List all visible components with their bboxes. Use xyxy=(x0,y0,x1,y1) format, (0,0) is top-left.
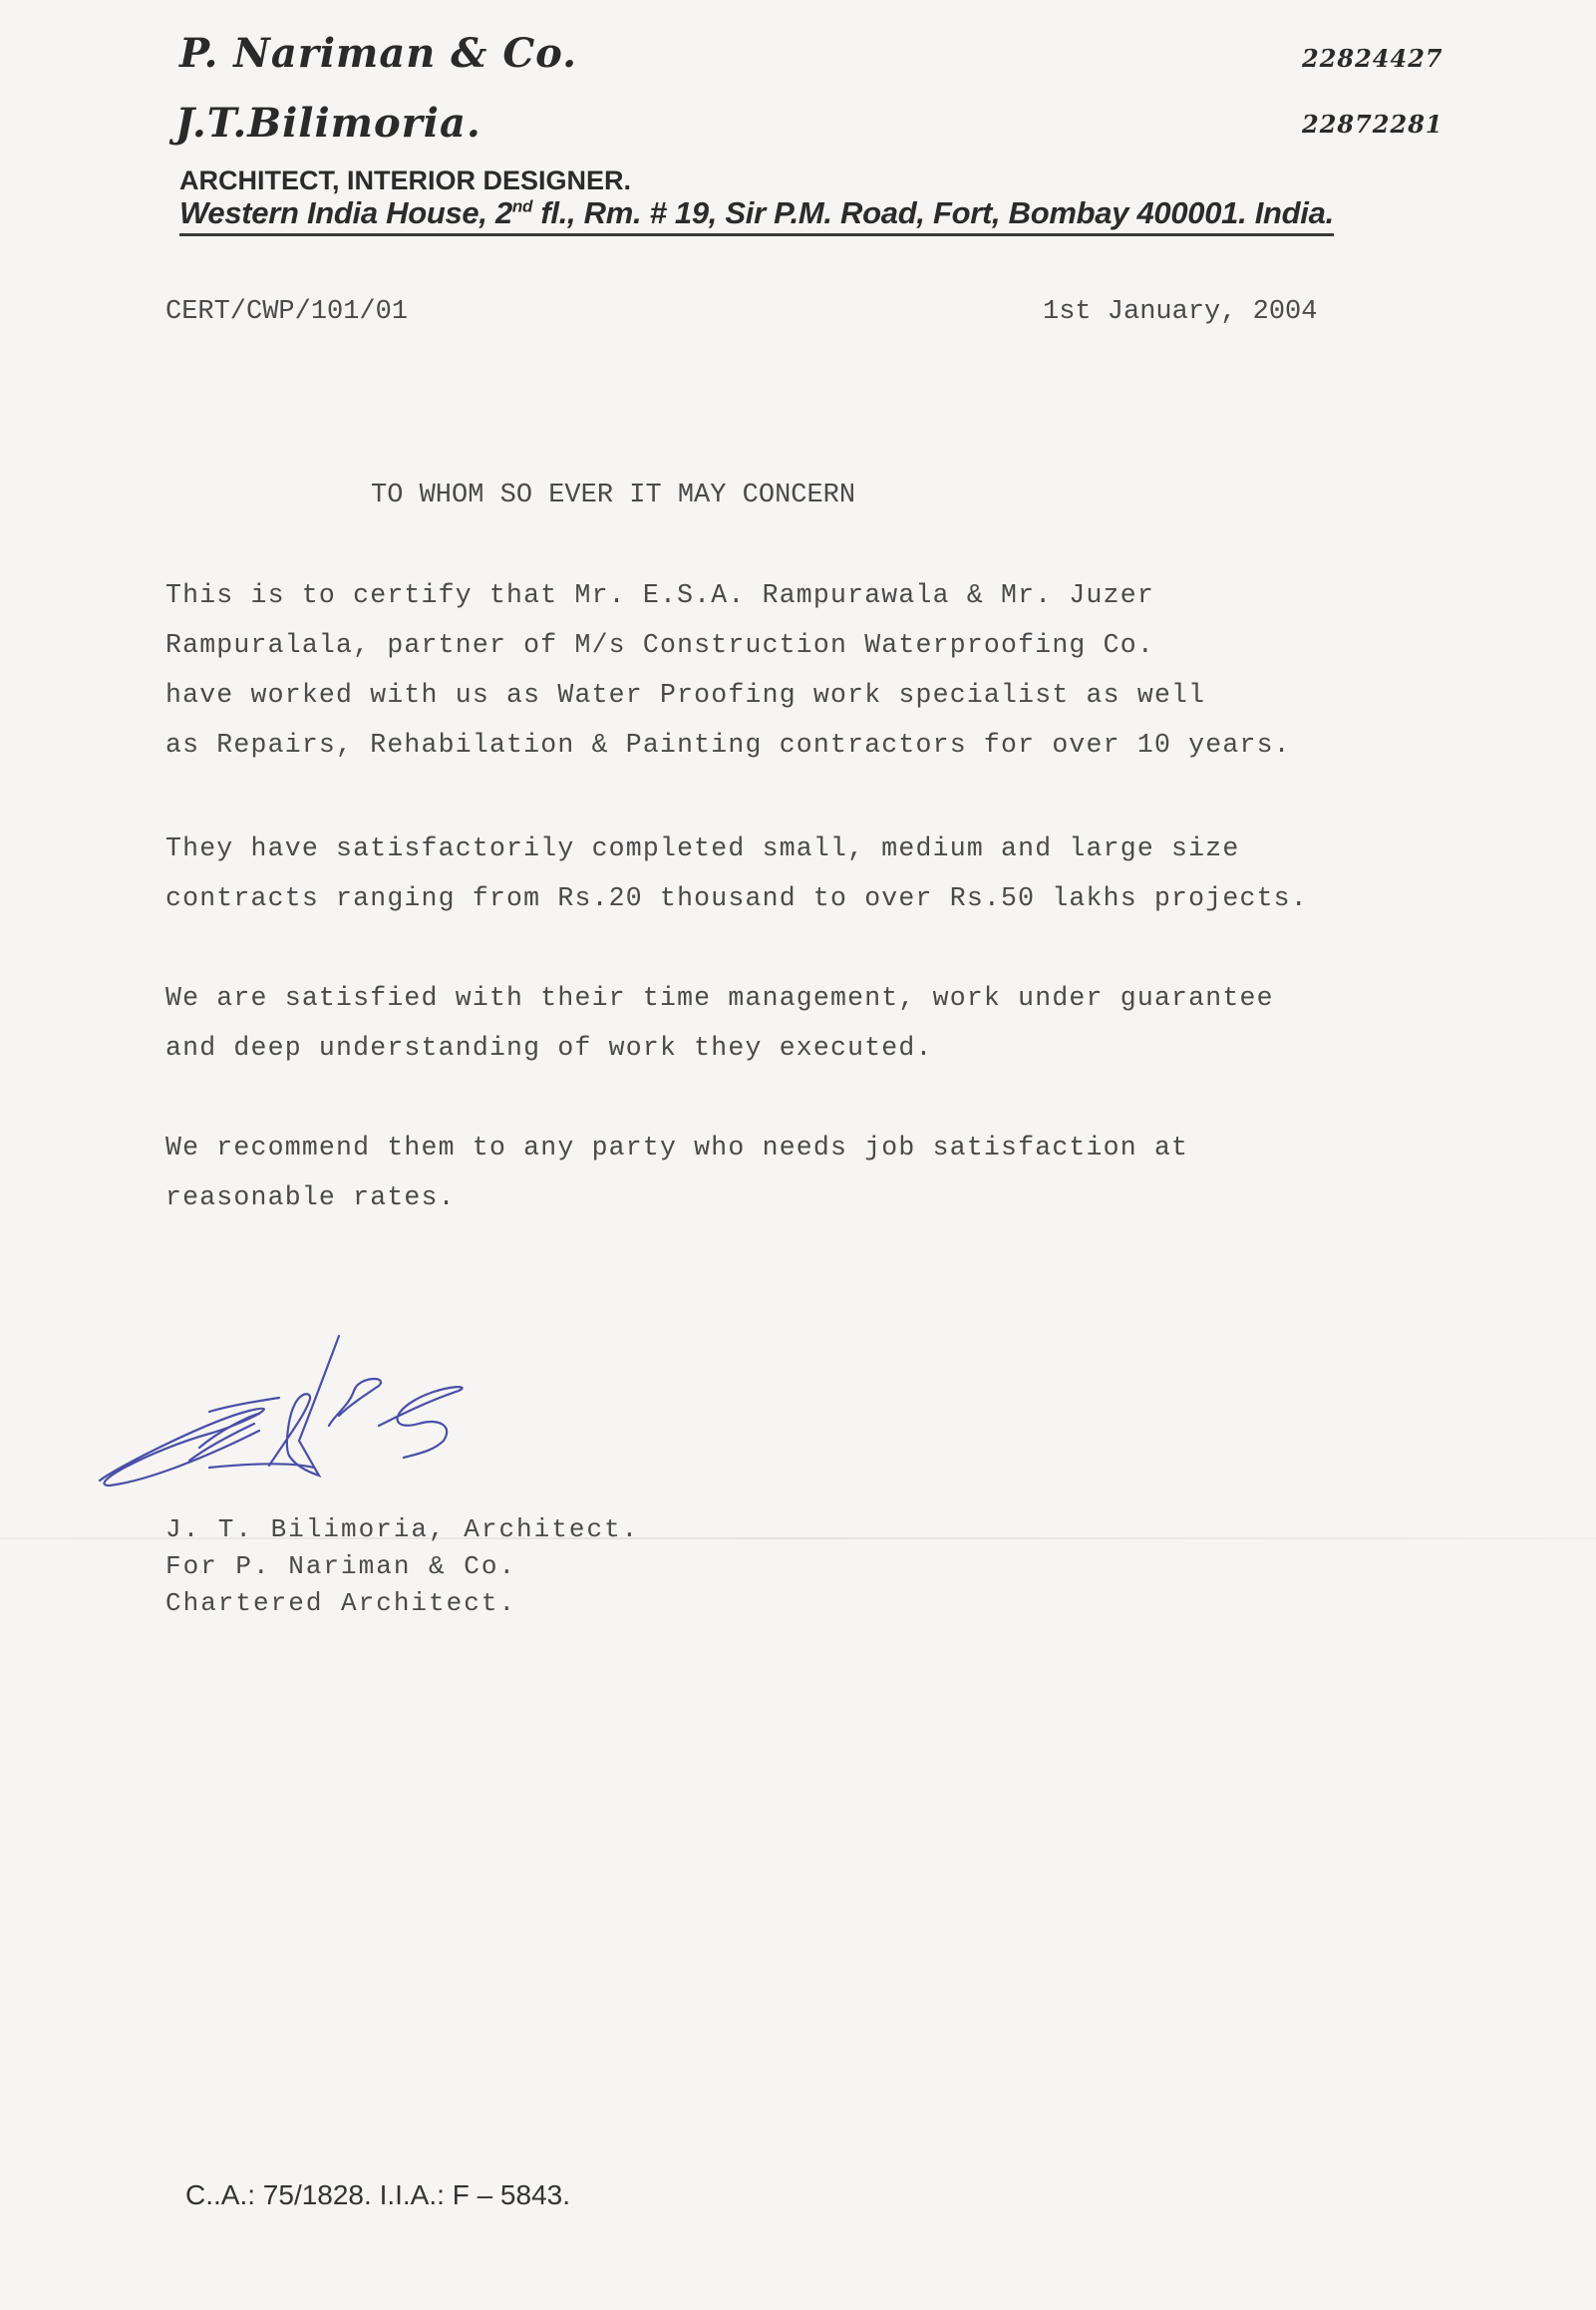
handwritten-signature xyxy=(90,1316,608,1495)
address-part: Western India House, 2 xyxy=(179,195,512,230)
address-part: fl., Rm. # 19, Sir P.M. Road, Fort, Bomb… xyxy=(532,195,1334,230)
firm-name: P. Nariman & Co. xyxy=(179,30,577,77)
body-paragraph: We are satisfied with their time managem… xyxy=(165,973,1274,1073)
signatory-block: J. T. Bilimoria, Architect. For P. Narim… xyxy=(165,1511,639,1622)
letter-date: 1st January, 2004 xyxy=(1043,297,1317,327)
registration-footer: C..A.: 75/1828. I.I.A.: F – 5843. xyxy=(185,2179,570,2211)
address-superscript: nd xyxy=(512,197,532,216)
letter-page: P. Nariman & Co. J.T.Bilimoria. 22824427… xyxy=(0,0,1596,2310)
body-paragraph: They have satisfactorily completed small… xyxy=(165,824,1308,923)
phone-number-1: 22824427 xyxy=(1302,44,1443,73)
phone-number-2: 22872281 xyxy=(1302,110,1443,139)
letterhead-address: Western India House, 2nd fl., Rm. # 19, … xyxy=(179,195,1334,236)
letter-subject: TO WHOM SO EVER IT MAY CONCERN xyxy=(371,481,855,510)
body-paragraph: We recommend them to any party who needs… xyxy=(165,1123,1188,1222)
letterhead-tagline: ARCHITECT, INTERIOR DESIGNER. xyxy=(179,165,631,196)
principal-name: J.T.Bilimoria. xyxy=(175,100,481,147)
body-paragraph: This is to certify that Mr. E.S.A. Rampu… xyxy=(165,570,1291,770)
reference-number: CERT/CWP/101/01 xyxy=(165,297,408,327)
